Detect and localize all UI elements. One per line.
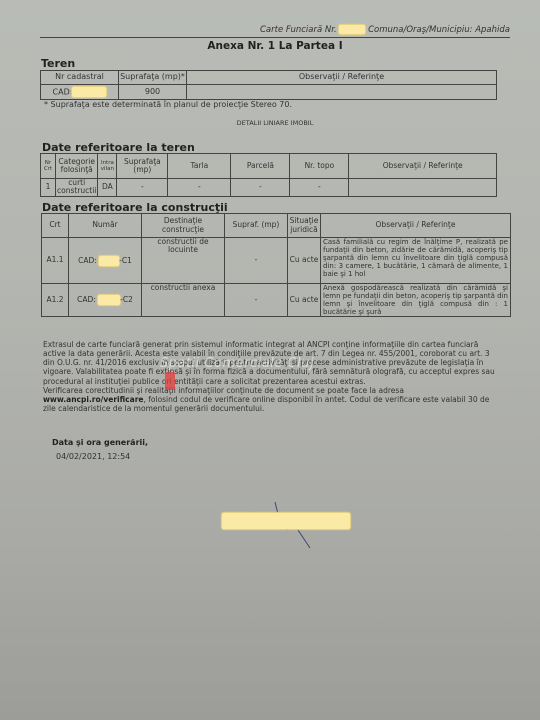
suprafata-cell: -: [225, 238, 288, 284]
col-suprafata: Suprafaţa (mp): [117, 154, 168, 179]
col-intravilan: Intra vilan: [98, 154, 117, 179]
col-tarla: Tarla: [168, 154, 231, 179]
table-row: A1.1 CAD: -C1 constructii de locuinte - …: [42, 238, 511, 284]
constructii-table: Crt Număr Destinaţie construcţie Supraf.…: [41, 213, 511, 317]
carte-funciara-label: Carte Funciară Nr.: [260, 25, 337, 35]
verification-link[interactable]: www.ancpi.ro/verificare: [43, 395, 143, 404]
col-suprafata: Suprafaţa (mp)*: [119, 71, 187, 85]
generation-date-label: Data şi ora generării,: [52, 438, 148, 447]
col-observatii: Observaţii / Referinţe: [187, 71, 497, 85]
locality-label: Comuna/Oraş/Municipiu: Apahida: [368, 25, 510, 35]
situatie-cell: Cu acte: [288, 284, 321, 317]
date-teren-table: Nr Crt Categorie folosinţă Intra vilan S…: [40, 153, 497, 197]
watermark-text: Spatii Comerciale Cluj: [160, 356, 314, 371]
col-parcela: Parcelă: [231, 154, 290, 179]
destinatie-cell: constructii de locuinte: [142, 238, 225, 284]
watermark-logo-icon: [165, 372, 175, 390]
parcela-cell: -: [231, 179, 290, 197]
generation-date-value: 04/02/2021, 12:54: [56, 452, 130, 461]
nr-cadastral-cell: CAD:: [41, 85, 119, 100]
col-observatii: Observaţii / Referinţe: [349, 154, 497, 179]
col-nr-topo: Nr. topo: [290, 154, 349, 179]
col-situatie: Situaţie juridică: [288, 214, 321, 238]
crt-cell: 1: [41, 179, 56, 197]
verification-text: Verificarea corectitudinii şi realităţii…: [43, 386, 404, 395]
stereo-70-note: * Suprafaţa este determinată în planul d…: [44, 100, 292, 109]
crt-cell: A1.1: [42, 238, 69, 284]
col-suprafata: Supraf. (mp): [225, 214, 288, 238]
suprafata-cell: 900: [119, 85, 187, 100]
col-crt: Crt: [42, 214, 69, 238]
col-nr-cadastral: Nr cadastral: [41, 71, 119, 85]
col-nr-crt: Nr Crt: [41, 154, 56, 179]
redacted-cad-number: [98, 295, 120, 305]
observatii-cell: Casă familială cu regim de înălţime P, r…: [321, 238, 511, 284]
document-title: Anexa Nr. 1 La Partea I: [40, 40, 510, 52]
document-header: Carte Funciară Nr. Comuna/Oraş/Municipiu…: [40, 25, 510, 38]
suprafata-cell: -: [225, 284, 288, 317]
destinatie-cell: constructii anexa: [142, 284, 225, 317]
redacted-cad-number: [72, 87, 106, 97]
col-numar: Număr: [69, 214, 142, 238]
categorie-cell: curti constructii: [56, 179, 98, 197]
tarla-cell: -: [168, 179, 231, 197]
crt-cell: A1.2: [42, 284, 69, 317]
observatii-cell: Anexă gospodărească realizată din cărămi…: [321, 284, 511, 317]
redacted-cf-number: [339, 25, 365, 34]
col-categorie: Categorie folosinţă: [56, 154, 98, 179]
numar-cell: CAD: -C1: [69, 238, 142, 284]
table-row: CAD: 900: [41, 85, 497, 100]
numar-cell: CAD: -C2: [69, 284, 142, 317]
section-teren-title: Teren: [41, 57, 75, 70]
topo-cell: -: [290, 179, 349, 197]
legal-disclaimer: Extrasul de carte funciară generat prin …: [43, 340, 498, 413]
redacted-cad-number: [99, 256, 119, 266]
table-row: A1.2 CAD: -C2 constructii anexa - Cu act…: [42, 284, 511, 317]
observatii-cell: [187, 85, 497, 100]
document-page: Carte Funciară Nr. Comuna/Oraş/Municipiu…: [0, 0, 540, 720]
suprafata-cell: -: [117, 179, 168, 197]
detalii-liniare-heading: DETALII LINIARE IMOBIL: [40, 119, 510, 127]
col-destinatie: Destinaţie construcţie: [142, 214, 225, 238]
table-row: 1 curti constructii DA - - - -: [41, 179, 497, 197]
observatii-cell: [349, 179, 497, 197]
redacted-signature-name: [222, 513, 350, 529]
teren-table: Nr cadastral Suprafaţa (mp)* Observaţii …: [40, 70, 497, 100]
intravilan-cell: DA: [98, 179, 117, 197]
col-observatii: Observaţii / Referinţe: [321, 214, 511, 238]
situatie-cell: Cu acte: [288, 238, 321, 284]
